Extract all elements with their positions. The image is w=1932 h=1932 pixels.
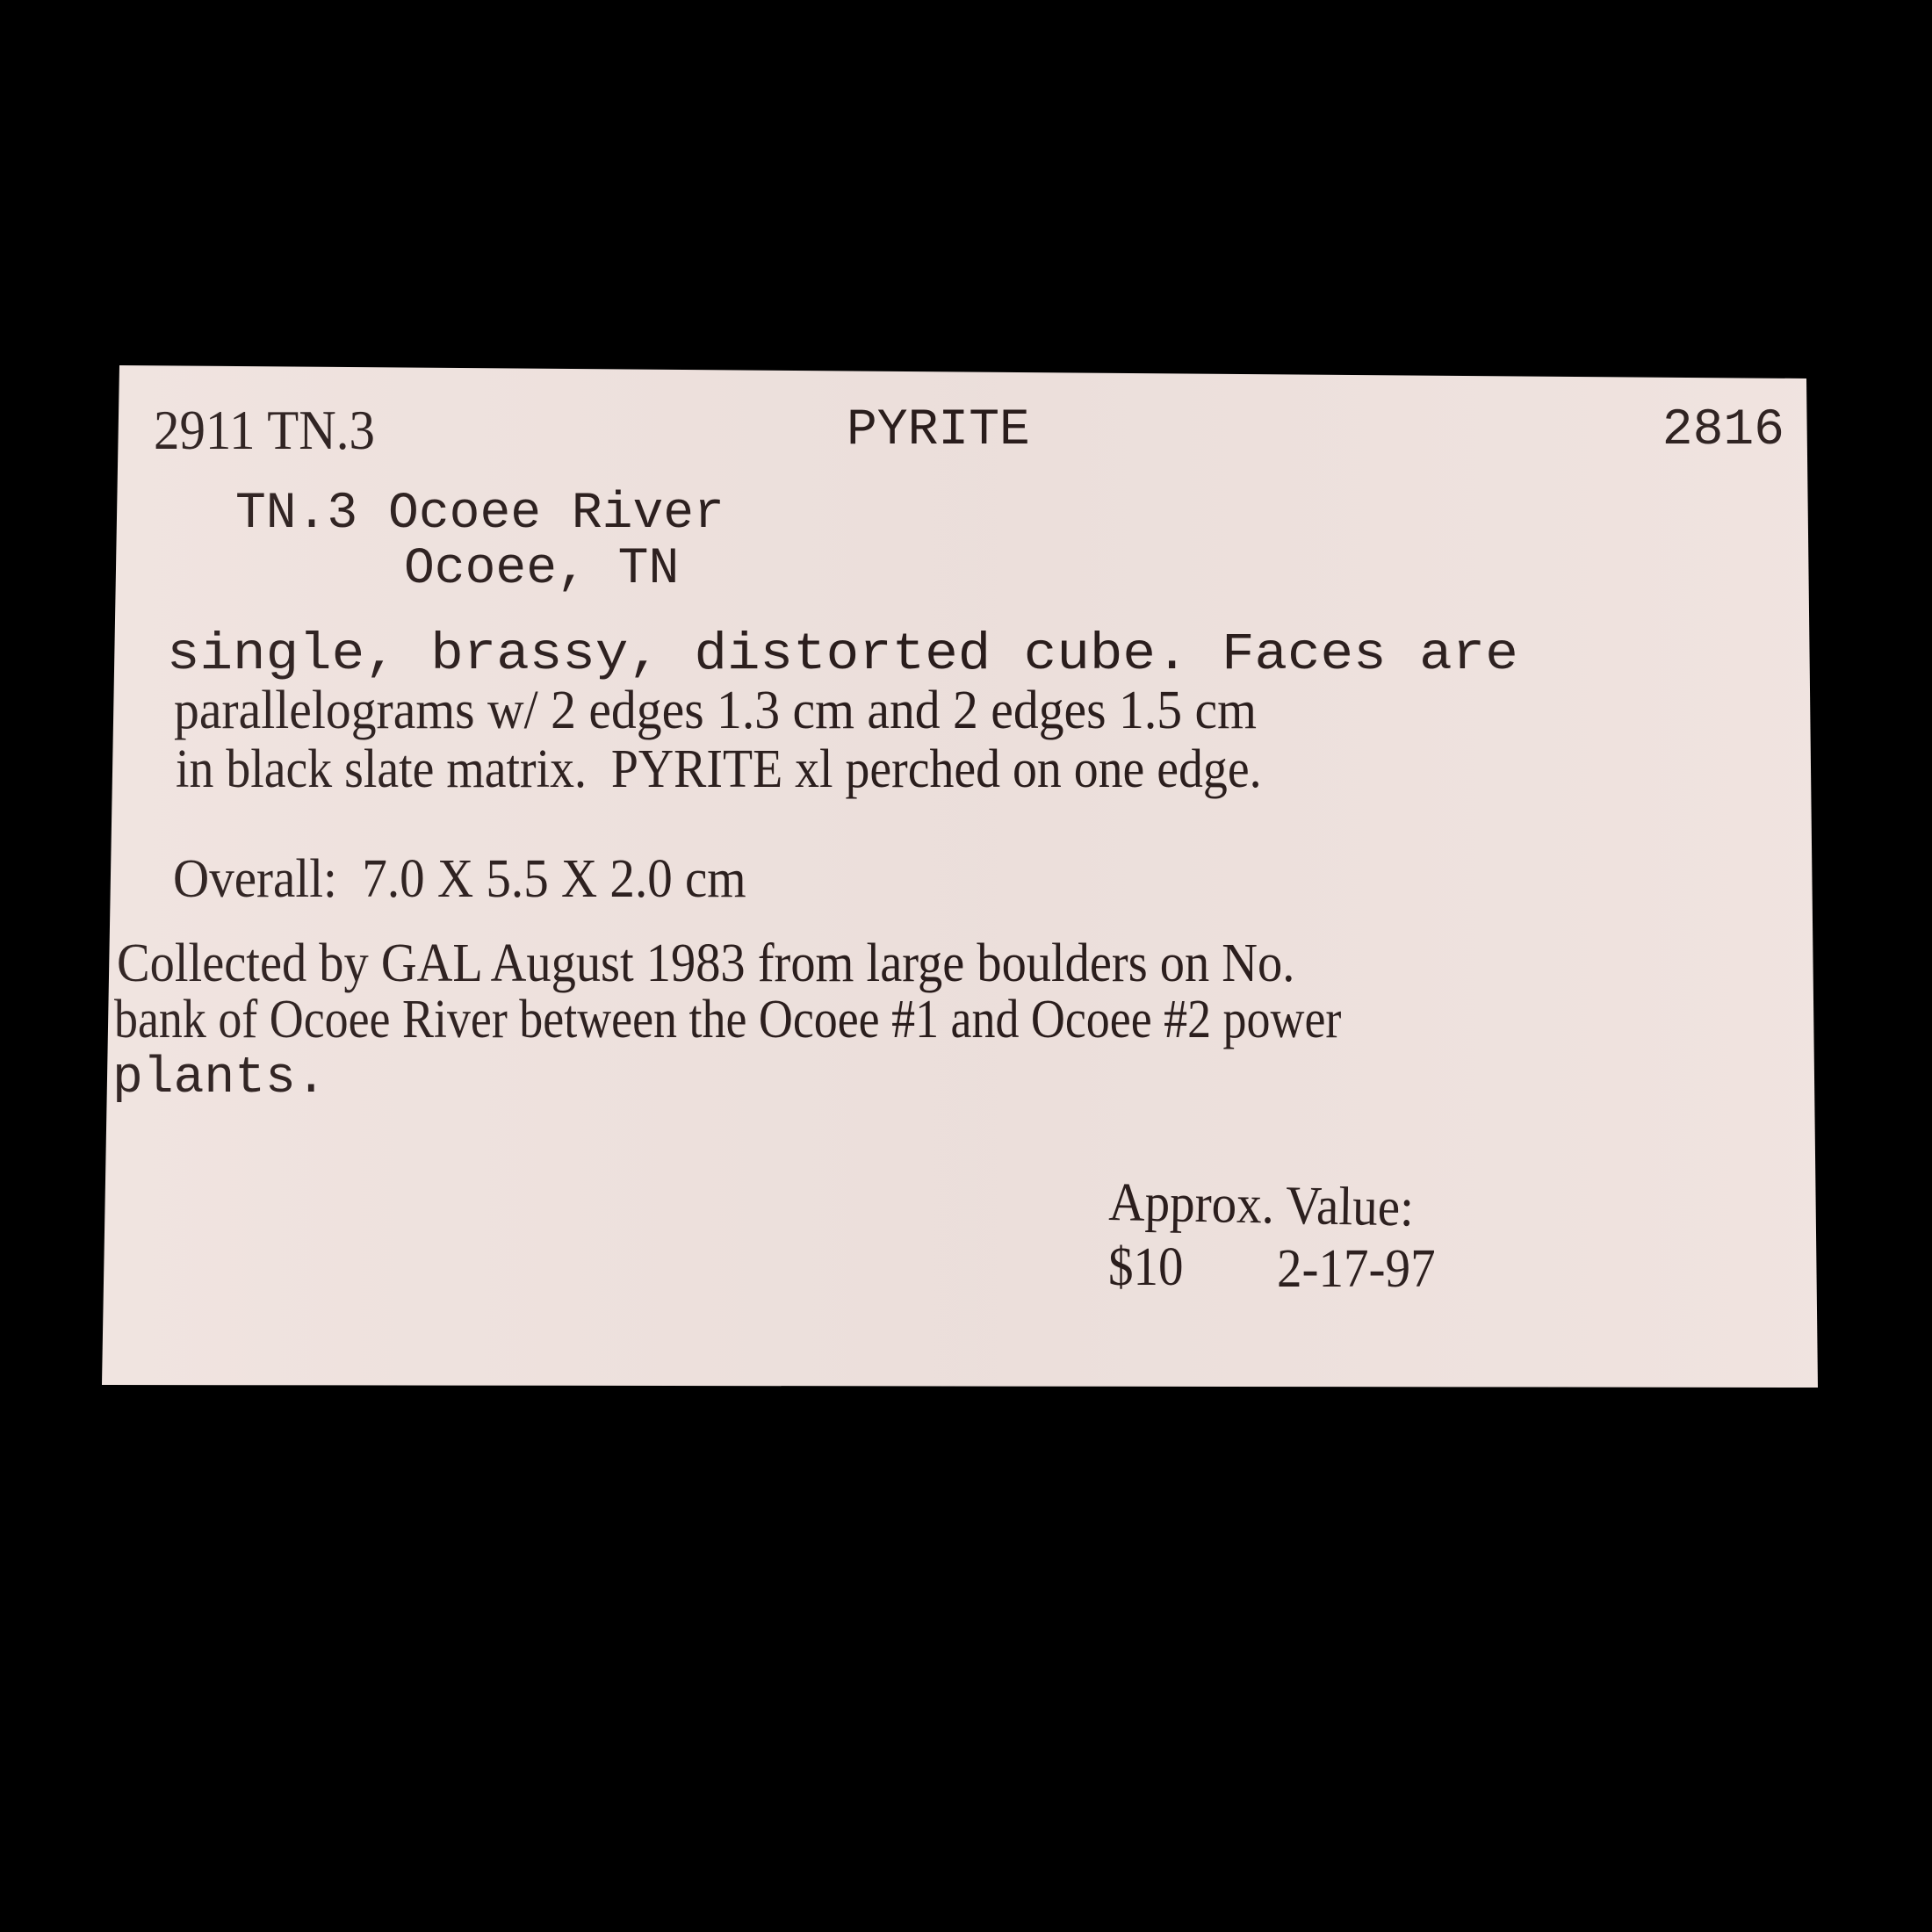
collection-line-2: bank of Ocoee River between the Ocoee #1… (114, 992, 1341, 1047)
appraisal-date: 2-17-97 (1277, 1242, 1436, 1296)
photo-stage: 2911 TN.3 PYRITE 2816 TN.3 Ocoee River O… (0, 0, 1932, 1932)
approx-value-amount: $10 (1108, 1240, 1184, 1294)
collection-line-1: Collected by GAL August 1983 from large … (117, 936, 1294, 991)
approx-value-label: Approx. Value: (1108, 1175, 1414, 1236)
mineral-name: PYRITE (847, 406, 1030, 457)
description-line-1: single, brassy, distorted cube. Faces ar… (167, 629, 1518, 681)
locality-line-2: Ocoee, TN (404, 544, 679, 595)
overall-dimensions: Overall: 7.0 X 5.5 X 2.0 cm (173, 852, 746, 906)
description-line-2: parallelograms w/ 2 edges 1.3 cm and 2 e… (174, 683, 1257, 738)
specimen-label-card: 2911 TN.3 PYRITE 2816 TN.3 Ocoee River O… (0, 0, 1932, 1932)
collection-line-3: plants. (112, 1054, 327, 1105)
locality-line-1: TN.3 Ocoee River (235, 489, 724, 540)
catalog-number-left: 2911 TN.3 (154, 402, 375, 458)
description-line-3: in black slate matrix. PYRITE xl perched… (176, 742, 1262, 797)
catalog-number-right: 2816 (1662, 406, 1784, 457)
